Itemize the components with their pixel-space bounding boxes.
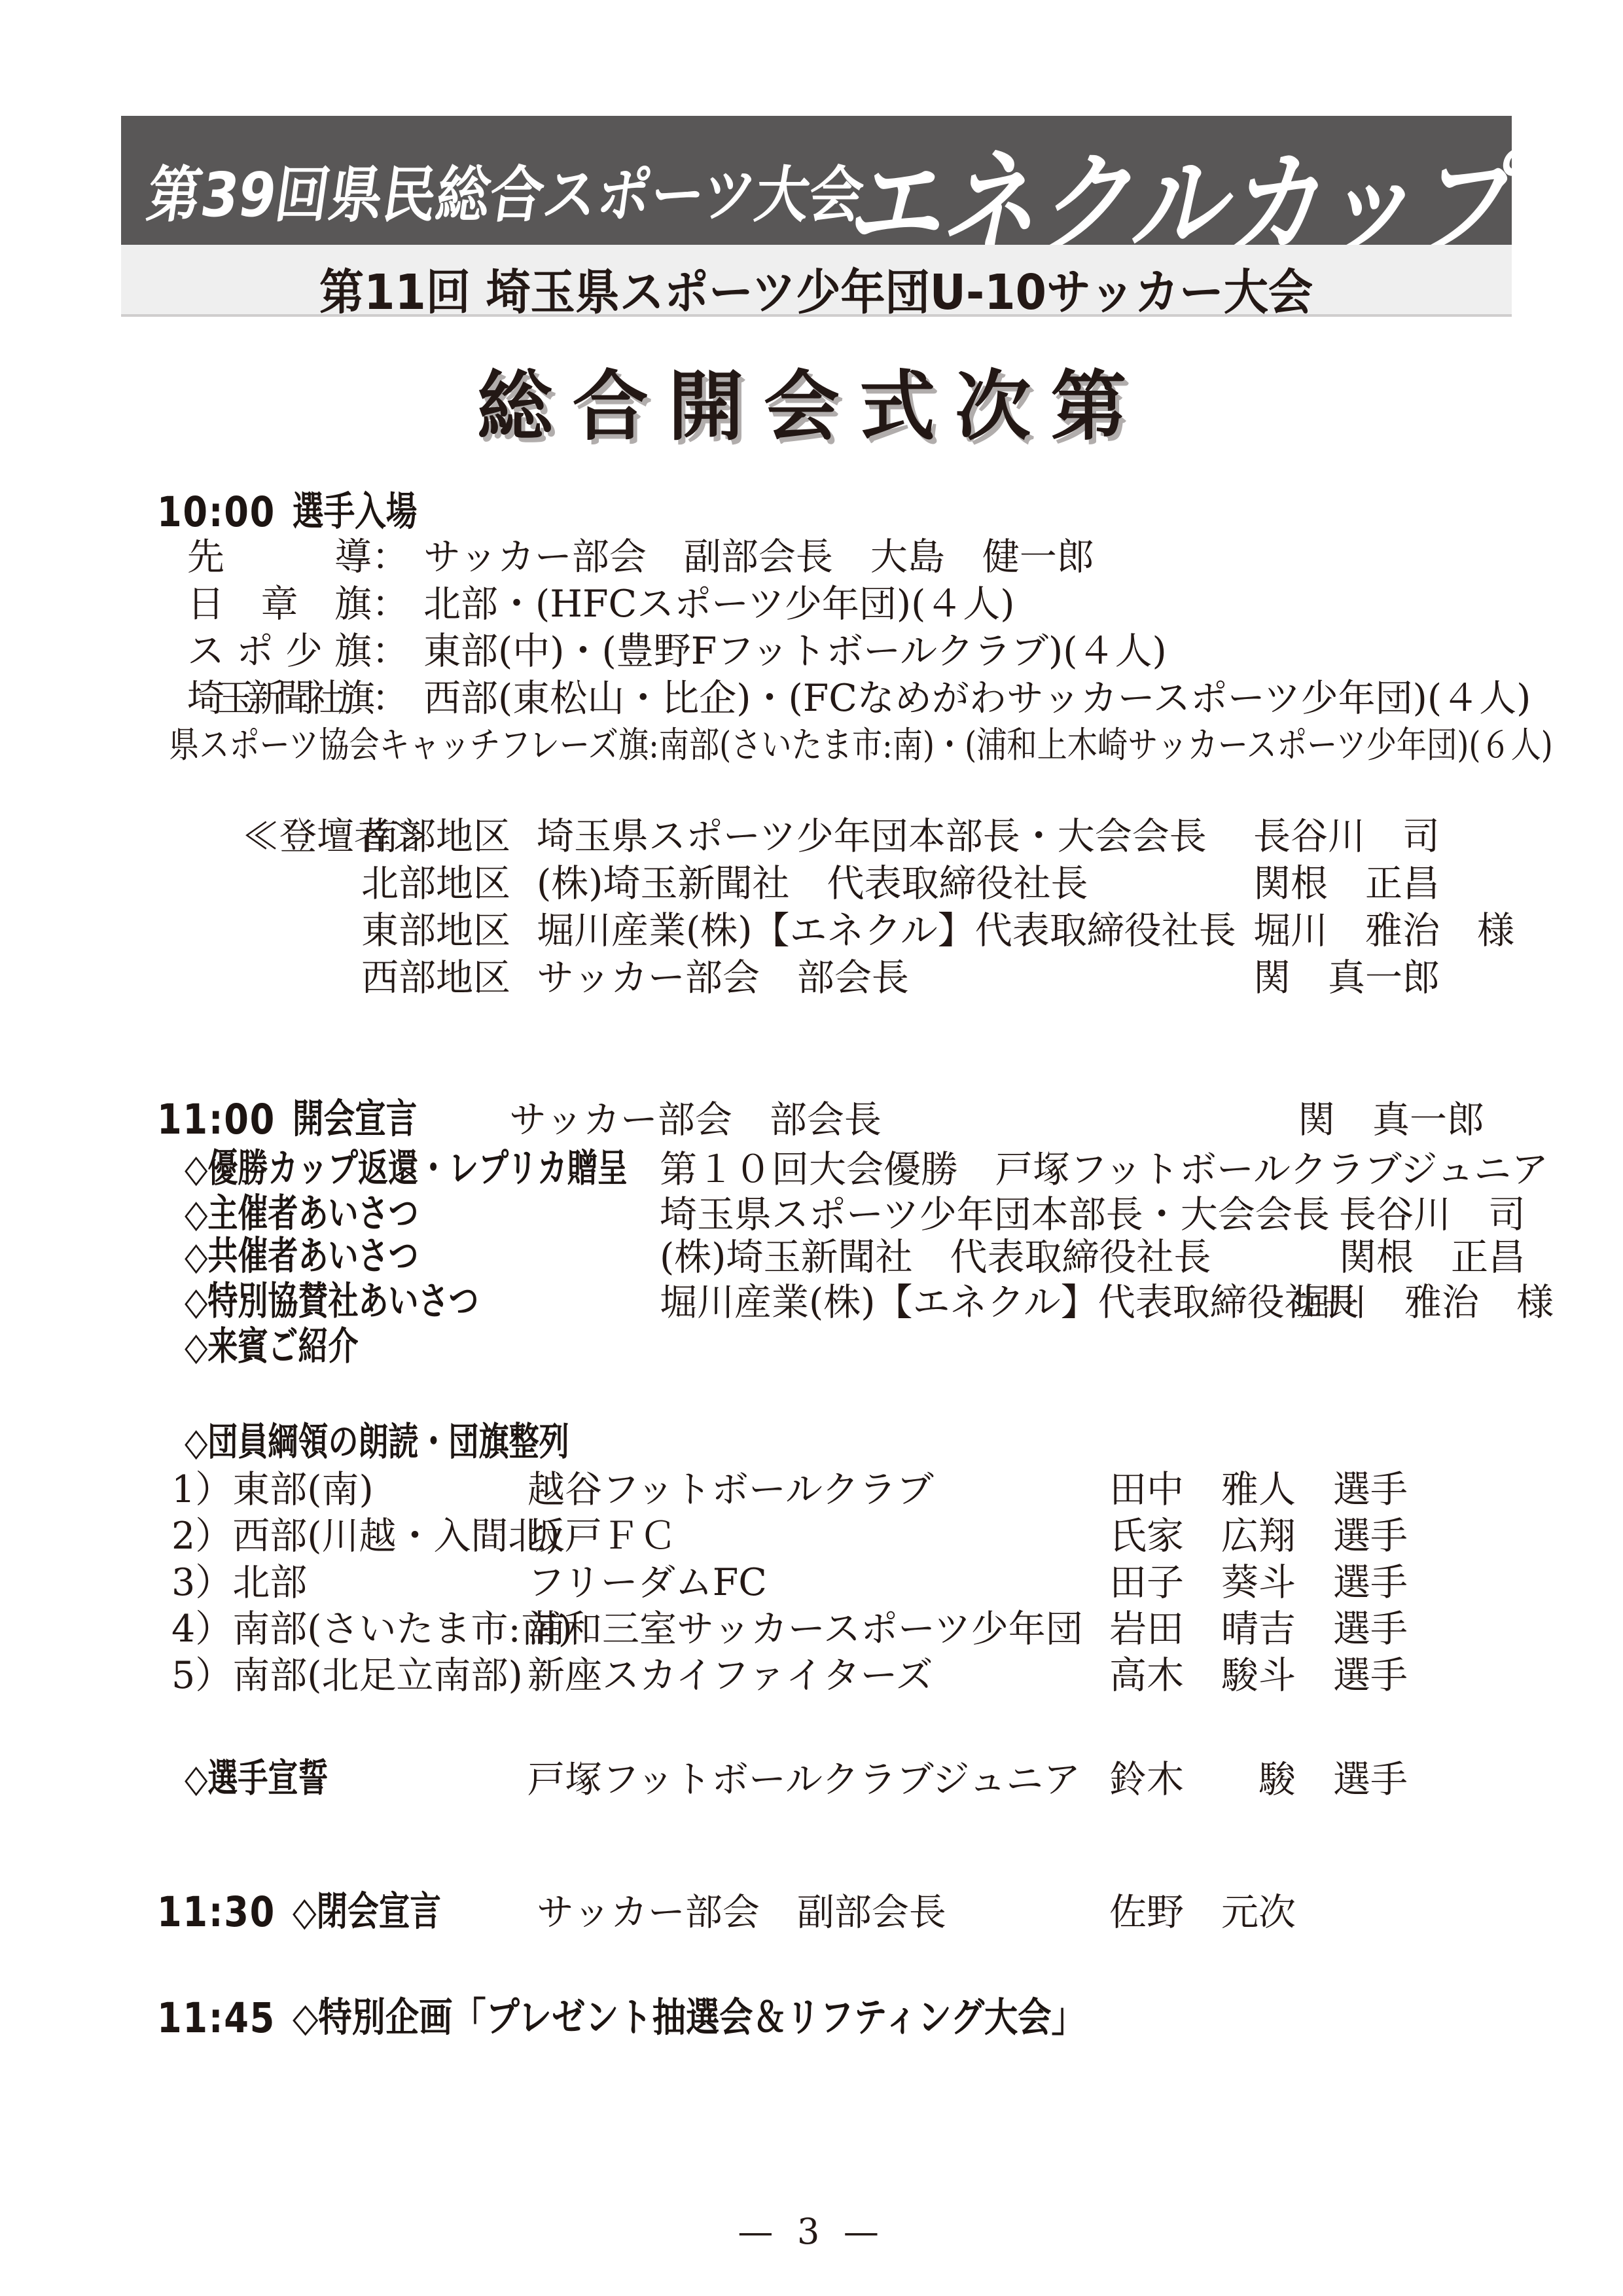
closing-role: サッカー部会 副部会長 xyxy=(537,1892,946,1934)
creed-region: 5）南部(北足立南部) xyxy=(171,1655,523,1697)
guest-role: サッカー部会 部会長 xyxy=(537,958,909,999)
program-item-label: ◇来賓ご紹介 xyxy=(185,1325,358,1368)
opening-time: 11:00 xyxy=(157,1097,276,1143)
guest-role: (株)埼玉新聞社 代表取締役社長 xyxy=(537,863,1088,905)
creed-region: 3）北部 xyxy=(171,1562,307,1604)
flag-label: 先導 xyxy=(187,537,372,579)
creed-club: 新座スカイファイターズ xyxy=(527,1655,933,1697)
program-item-name: 関根 正昌 xyxy=(1339,1237,1525,1279)
opening-role: サッカー部会 部会長 xyxy=(509,1100,882,1141)
header-banner: 第39回県民総合スポーツ大会 エネクルカップ xyxy=(121,116,1512,245)
special-label: ◇特別企画「プレゼント抽選会＆リフティング大会」 xyxy=(293,1996,1085,2040)
creed-heading: ◇団員綱領の朗読・団旗整列 xyxy=(185,1420,569,1463)
flag-colon: ： xyxy=(372,677,409,720)
special-time: 11:45 xyxy=(157,1996,276,2042)
closing-label: ◇閉会宣言 xyxy=(293,1890,441,1934)
flag-text: 東部(中)・(豊野Fフットボールクラブ)(４人) xyxy=(423,630,1167,673)
flag-label: スポ少旗 xyxy=(187,631,372,673)
guest-role: 堀川産業(株)【エネクル】代表取締役社長 xyxy=(537,910,1236,952)
creed-club: フリーダムFC xyxy=(527,1562,767,1604)
creed-player: 高木 駿斗 選手 xyxy=(1109,1655,1408,1697)
program-item-label: ◇共催者あいさつ xyxy=(185,1234,419,1278)
page-number: — 3 — xyxy=(0,2211,1623,2252)
oath-label: ◇選手宣誓 xyxy=(185,1757,328,1800)
flag-text: 北部・(HFCスポーツ少年団)(４人) xyxy=(423,583,1015,626)
sub-banner: 第11回 埼玉県スポーツ少年団U-10サッカー大会 xyxy=(121,245,1512,317)
guest-name: 関根 正昌 xyxy=(1253,863,1440,905)
program-item-name: 長谷川 司 xyxy=(1339,1194,1525,1236)
program-item-desc: (株)埼玉新聞社 代表取締役社長 xyxy=(660,1237,1211,1279)
guest-district: 東部地区 xyxy=(361,910,510,952)
program-item-desc: 埼玉県スポーツ少年団本部長・大会会長 xyxy=(660,1194,1330,1236)
creed-club: 坂戸ＦＣ xyxy=(527,1516,677,1558)
flag-row: 日章旗：北部・(HFCスポーツ少年団)(４人) xyxy=(187,584,1015,626)
flag-colon: ： xyxy=(372,535,409,579)
creed-region: 4）南部(さいたま市:南) xyxy=(171,1609,573,1651)
opening-heading: 開会宣言 xyxy=(293,1097,417,1141)
closing-time: 11:30 xyxy=(157,1890,276,1936)
guest-role: 埼玉県スポーツ少年団本部長・大会会長 xyxy=(537,816,1207,858)
program-page: 第39回県民総合スポーツ大会 エネクルカップ 第11回 埼玉県スポーツ少年団U-… xyxy=(0,0,1623,2296)
guest-name: 関 真一郎 xyxy=(1253,958,1440,999)
oath-player: 鈴木 駿 選手 xyxy=(1109,1759,1408,1801)
series-title: 第39回県民総合スポーツ大会 xyxy=(143,146,870,234)
tournament-title: 第11回 埼玉県スポーツ少年団U-10サッカー大会 xyxy=(319,254,1313,323)
flag-colon: ： xyxy=(372,630,409,673)
flag-row: 埼玉新聞社旗：西部(東松山・比企)・(FCなめがわサッカースポーツ少年団)(４人… xyxy=(187,678,1531,720)
creed-club: 越谷フットボールクラブ xyxy=(527,1469,934,1511)
program-item-label: ◇優勝カップ返還・レプリカ贈呈 xyxy=(185,1147,628,1190)
guest-district: 南部地区 xyxy=(361,816,510,858)
catchphrase-flag-line: 県スポーツ協会キャッチフレーズ旗:南部(さいたま市:南)・(浦和上木崎サッカース… xyxy=(169,725,1623,766)
flag-label: 埼玉新聞社旗 xyxy=(187,678,372,720)
flag-row: 先導：サッカー部会 副部会長 大島 健一郎 xyxy=(187,537,1094,579)
oath-club: 戸塚フットボールクラブジュニア xyxy=(527,1759,1080,1801)
creed-region: 1）東部(南) xyxy=(171,1469,374,1511)
program-item-desc: 堀川産業(株)【エネクル】代表取締役社長 xyxy=(660,1282,1359,1324)
opening-name: 関 真一郎 xyxy=(1298,1100,1484,1141)
closing-name: 佐野 元次 xyxy=(1109,1892,1296,1934)
flag-text: サッカー部会 副部会長 大島 健一郎 xyxy=(423,535,1094,579)
flag-text: 西部(東松山・比企)・(FCなめがわサッカースポーツ少年団)(４人) xyxy=(423,677,1531,720)
guest-district: 北部地区 xyxy=(361,863,510,905)
program-item-label: ◇主催者あいさつ xyxy=(185,1192,419,1235)
program-item-label: ◇特別協賛社あいさつ xyxy=(185,1280,479,1323)
program-item-name: 堀川 雅治 様 xyxy=(1293,1282,1554,1324)
creed-player: 田子 葵斗 選手 xyxy=(1109,1562,1408,1604)
guest-district: 西部地区 xyxy=(361,958,510,999)
entry-heading: 選手入場 xyxy=(293,490,417,534)
flag-colon: ： xyxy=(372,583,409,626)
creed-player: 岩田 晴吉 選手 xyxy=(1109,1609,1408,1651)
guest-name: 堀川 雅治 様 xyxy=(1253,910,1514,952)
creed-club: 浦和三室サッカースポーツ少年団 xyxy=(527,1609,1083,1651)
page-title: 総合開会式次第 xyxy=(0,346,1623,455)
flag-label: 日章旗 xyxy=(187,584,372,626)
creed-region: 2）西部(川越・入間北) xyxy=(171,1516,560,1558)
creed-player: 氏家 広翔 選手 xyxy=(1109,1516,1408,1558)
entry-time: 10:00 xyxy=(157,490,276,536)
guest-name: 長谷川 司 xyxy=(1253,816,1440,858)
creed-player: 田中 雅人 選手 xyxy=(1109,1469,1408,1511)
program-item-desc: 第１０回大会優勝 戸塚フットボールクラブジュニア xyxy=(660,1149,1548,1191)
flag-row: スポ少旗：東部(中)・(豊野Fフットボールクラブ)(４人) xyxy=(187,631,1167,673)
